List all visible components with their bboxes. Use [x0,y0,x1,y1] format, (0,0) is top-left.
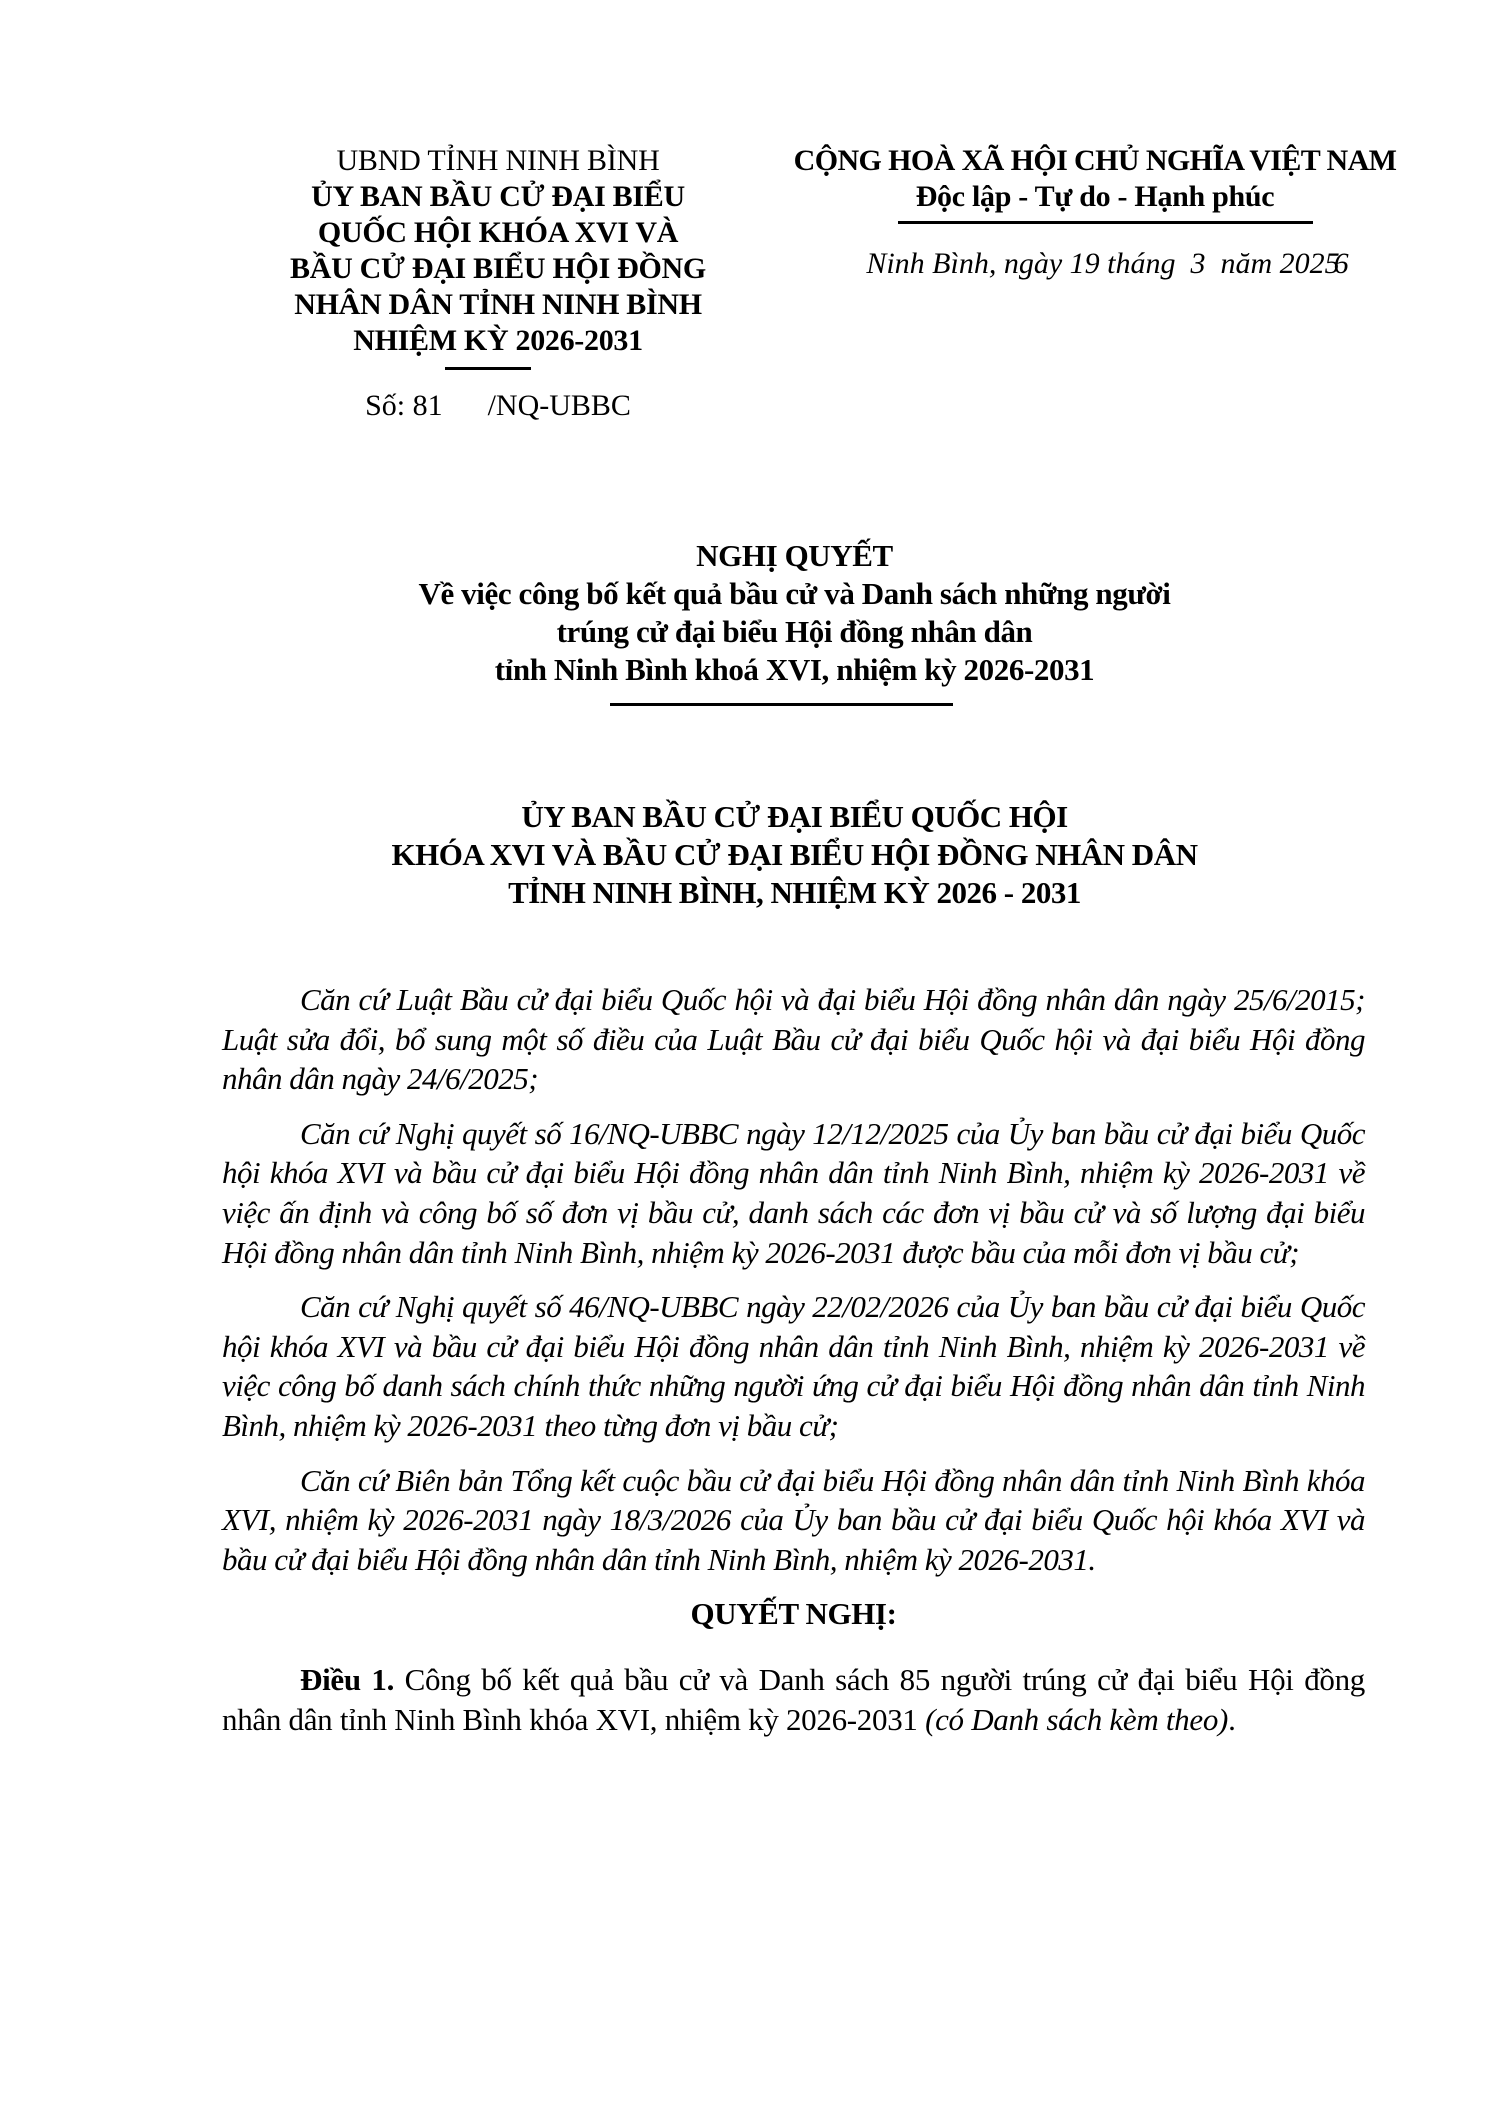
issuing-authority-block: UBND TỈNH NINH BÌNH ỦY BAN BẦU CỬ ĐẠI BI… [258,143,738,424]
motto-divider [898,221,1313,224]
agency-divider [445,367,531,370]
title-divider [610,703,953,706]
article-note: (có Danh sách kèm theo) [925,1702,1228,1737]
subject-line-3: tỉnh Ninh Bình khoá XVI, nhiệm kỳ 2026-2… [200,651,1389,689]
document-number: Số: 81 /NQ-UBBC [258,388,738,424]
subject-line-1: Về việc công bố kết quả bầu cử và Danh s… [200,575,1389,613]
issuer-block: ỦY BAN BẦU CỬ ĐẠI BIỂU QUỐC HỘI KHÓA XVI… [200,798,1389,912]
issuer-line-1: ỦY BAN BẦU CỬ ĐẠI BIỂU QUỐC HỘI [200,798,1389,836]
issuer-line-3: TỈNH NINH BÌNH, NHIỆM KỲ 2026 - 2031 [200,874,1389,912]
document-type: NGHỊ QUYẾT [200,537,1389,575]
nation-name: CỘNG HOÀ XÃ HỘI CHỦ NGHĨA VIỆT NAM [770,143,1420,179]
year-overlay-digit: 6 [1334,246,1349,282]
agency-name-line-2: QUỐC HỘI KHÓA XVI VÀ [258,215,738,251]
document-page: UBND TỈNH NINH BÌNH ỦY BAN BẦU CỬ ĐẠI BI… [0,0,1489,2105]
agency-name-line-4: NHÂN DÂN TỈNH NINH BÌNH [258,287,738,323]
subject-line-2: trúng cử đại biểu Hội đồng nhân dân [200,613,1389,651]
national-motto: Độc lập - Tự do - Hạnh phúc [770,179,1420,215]
article-label: Điều 1. [300,1662,394,1697]
legal-basis-3: Căn cứ Nghị quyết số 46/NQ-UBBC ngày 22/… [222,1287,1365,1445]
legal-basis-1: Căn cứ Luật Bầu cử đại biểu Quốc hội và … [222,980,1365,1099]
agency-name-line-1: ỦY BAN BẦU CỬ ĐẠI BIỂU [258,179,738,215]
issuer-line-2: KHÓA XVI VÀ BẦU CỬ ĐẠI BIỂU HỘI ĐỒNG NHÂ… [200,836,1389,874]
year-base: 2025 [1280,247,1340,280]
article-1: Điều 1. Công bố kết quả bầu cử và Danh s… [222,1660,1365,1739]
place-date-text: Ninh Bình, ngày 19 tháng 3 năm [866,247,1279,280]
agency-name-line-3: BẦU CỬ ĐẠI BIỂU HỘI ĐỒNG [258,251,738,287]
agency-name-line-5: NHIỆM KỲ 2026-2031 [258,323,738,359]
legal-basis-4: Căn cứ Biên bản Tổng kết cuộc bầu cử đại… [222,1461,1365,1580]
parent-agency: UBND TỈNH NINH BÌNH [258,143,738,179]
national-motto-block: CỘNG HOÀ XÃ HỘI CHỦ NGHĨA VIỆT NAM Độc l… [770,143,1420,282]
legal-basis-2: Căn cứ Nghị quyết số 16/NQ-UBBC ngày 12/… [222,1114,1365,1272]
document-body: Căn cứ Luật Bầu cử đại biểu Quốc hội và … [222,980,1365,1754]
decision-heading: QUYẾT NGHỊ: [222,1594,1365,1634]
article-end: . [1228,1702,1235,1737]
document-title-block: NGHỊ QUYẾT Về việc công bố kết quả bầu c… [200,537,1389,706]
place-and-date: Ninh Bình, ngày 19 tháng 3 năm 20256 [778,246,1428,282]
year: 20256 [1280,246,1340,282]
